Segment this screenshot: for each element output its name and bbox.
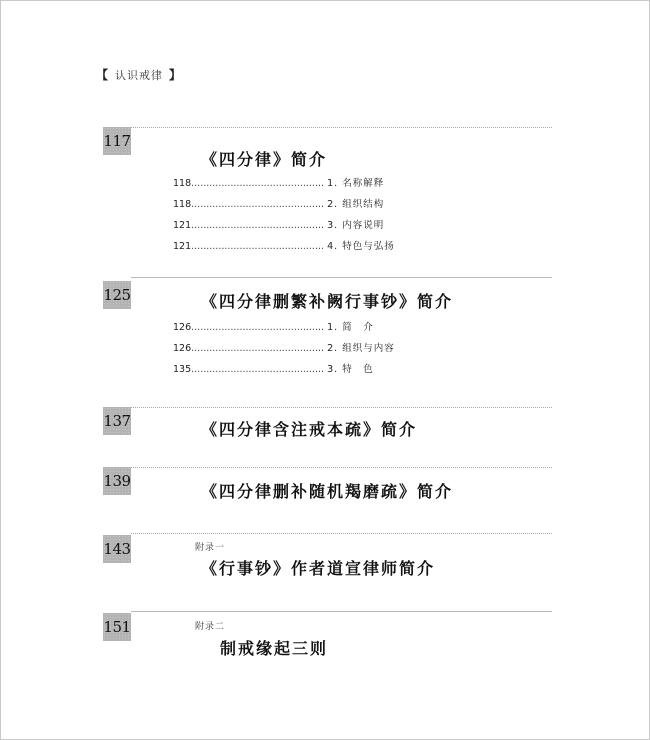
appendix-label: 附录二 bbox=[195, 619, 225, 632]
entry-page: 118 bbox=[173, 199, 191, 210]
entry-page: 121 bbox=[173, 241, 191, 252]
entry-label: 3. 特 色 bbox=[327, 361, 374, 375]
entry-page: 126 bbox=[173, 322, 191, 333]
leader-dots: ........................................… bbox=[191, 178, 323, 189]
leader-dots: ........................................… bbox=[191, 199, 323, 210]
subentries: 118.....................................… bbox=[173, 175, 395, 259]
toc-section-151: 151 附录二 制戒缘起三则 bbox=[103, 611, 552, 661]
leader-dots: ........................................… bbox=[191, 322, 323, 333]
section-rule bbox=[131, 533, 552, 534]
running-head: 【认识戒律】 bbox=[96, 66, 182, 83]
entry-page: 118 bbox=[173, 178, 191, 189]
appendix-label: 附录一 bbox=[195, 540, 225, 553]
section-title[interactable]: 《行事钞》作者道宣律师简介 bbox=[201, 556, 435, 579]
toc-entry[interactable]: 118.....................................… bbox=[173, 175, 395, 196]
section-title[interactable]: 《四分律删繁补阙行事钞》简介 bbox=[201, 289, 453, 312]
entry-page: 121 bbox=[173, 220, 191, 231]
section-title[interactable]: 《四分律删补随机羯磨疏》简介 bbox=[201, 479, 453, 502]
toc-section-117: 117 《四分律》简介 118.........................… bbox=[103, 127, 552, 267]
toc-section-143: 143 附录一 《行事钞》作者道宣律师简介 bbox=[103, 533, 552, 583]
toc-section-137: 137 《四分律含注戒本疏》简介 bbox=[103, 407, 552, 447]
section-title[interactable]: 《四分律》简介 bbox=[201, 147, 327, 170]
section-rule bbox=[131, 407, 552, 408]
toc-entry[interactable]: 135.....................................… bbox=[173, 361, 395, 382]
page-number-box: 117 bbox=[103, 127, 131, 155]
page-number-box: 125 bbox=[103, 281, 131, 309]
entry-label: 4. 特色与弘扬 bbox=[327, 238, 395, 252]
toc-entry[interactable]: 121.....................................… bbox=[173, 238, 395, 259]
running-head-text: 认识戒律 bbox=[115, 69, 163, 82]
toc-entry[interactable]: 121.....................................… bbox=[173, 217, 395, 238]
entry-page: 126 bbox=[173, 343, 191, 354]
leader-dots: ........................................… bbox=[191, 343, 323, 354]
leader-dots: ........................................… bbox=[191, 364, 323, 375]
toc-entry[interactable]: 118.....................................… bbox=[173, 196, 395, 217]
entry-page: 135 bbox=[173, 364, 191, 375]
entry-label: 2. 组织与内容 bbox=[327, 340, 395, 354]
page-number-box: 143 bbox=[103, 535, 131, 563]
left-bracket: 【 bbox=[96, 68, 109, 82]
page-number-box: 137 bbox=[103, 407, 131, 435]
entry-label: 3. 内容说明 bbox=[327, 217, 384, 231]
toc-section-125: 125 《四分律删繁补阙行事钞》简介 126..................… bbox=[103, 277, 552, 387]
leader-dots: ........................................… bbox=[191, 220, 323, 231]
section-title[interactable]: 制戒缘起三则 bbox=[220, 636, 328, 659]
entry-label: 2. 组织结构 bbox=[327, 196, 384, 210]
entry-label: 1. 名称解释 bbox=[327, 175, 384, 189]
section-rule bbox=[131, 611, 552, 612]
page-number-box: 151 bbox=[103, 613, 131, 641]
entry-label: 1. 简 介 bbox=[327, 319, 374, 333]
toc-entry[interactable]: 126.....................................… bbox=[173, 319, 395, 340]
right-bracket: 】 bbox=[169, 68, 182, 82]
leader-dots: ........................................… bbox=[191, 241, 323, 252]
toc-entry[interactable]: 126.....................................… bbox=[173, 340, 395, 361]
section-rule bbox=[131, 127, 552, 128]
section-title[interactable]: 《四分律含注戒本疏》简介 bbox=[201, 417, 417, 440]
subentries: 126.....................................… bbox=[173, 319, 395, 382]
toc-section-139: 139 《四分律删补随机羯磨疏》简介 bbox=[103, 467, 552, 507]
section-rule bbox=[131, 277, 552, 278]
page-number-box: 139 bbox=[103, 467, 131, 495]
section-rule bbox=[131, 467, 552, 468]
